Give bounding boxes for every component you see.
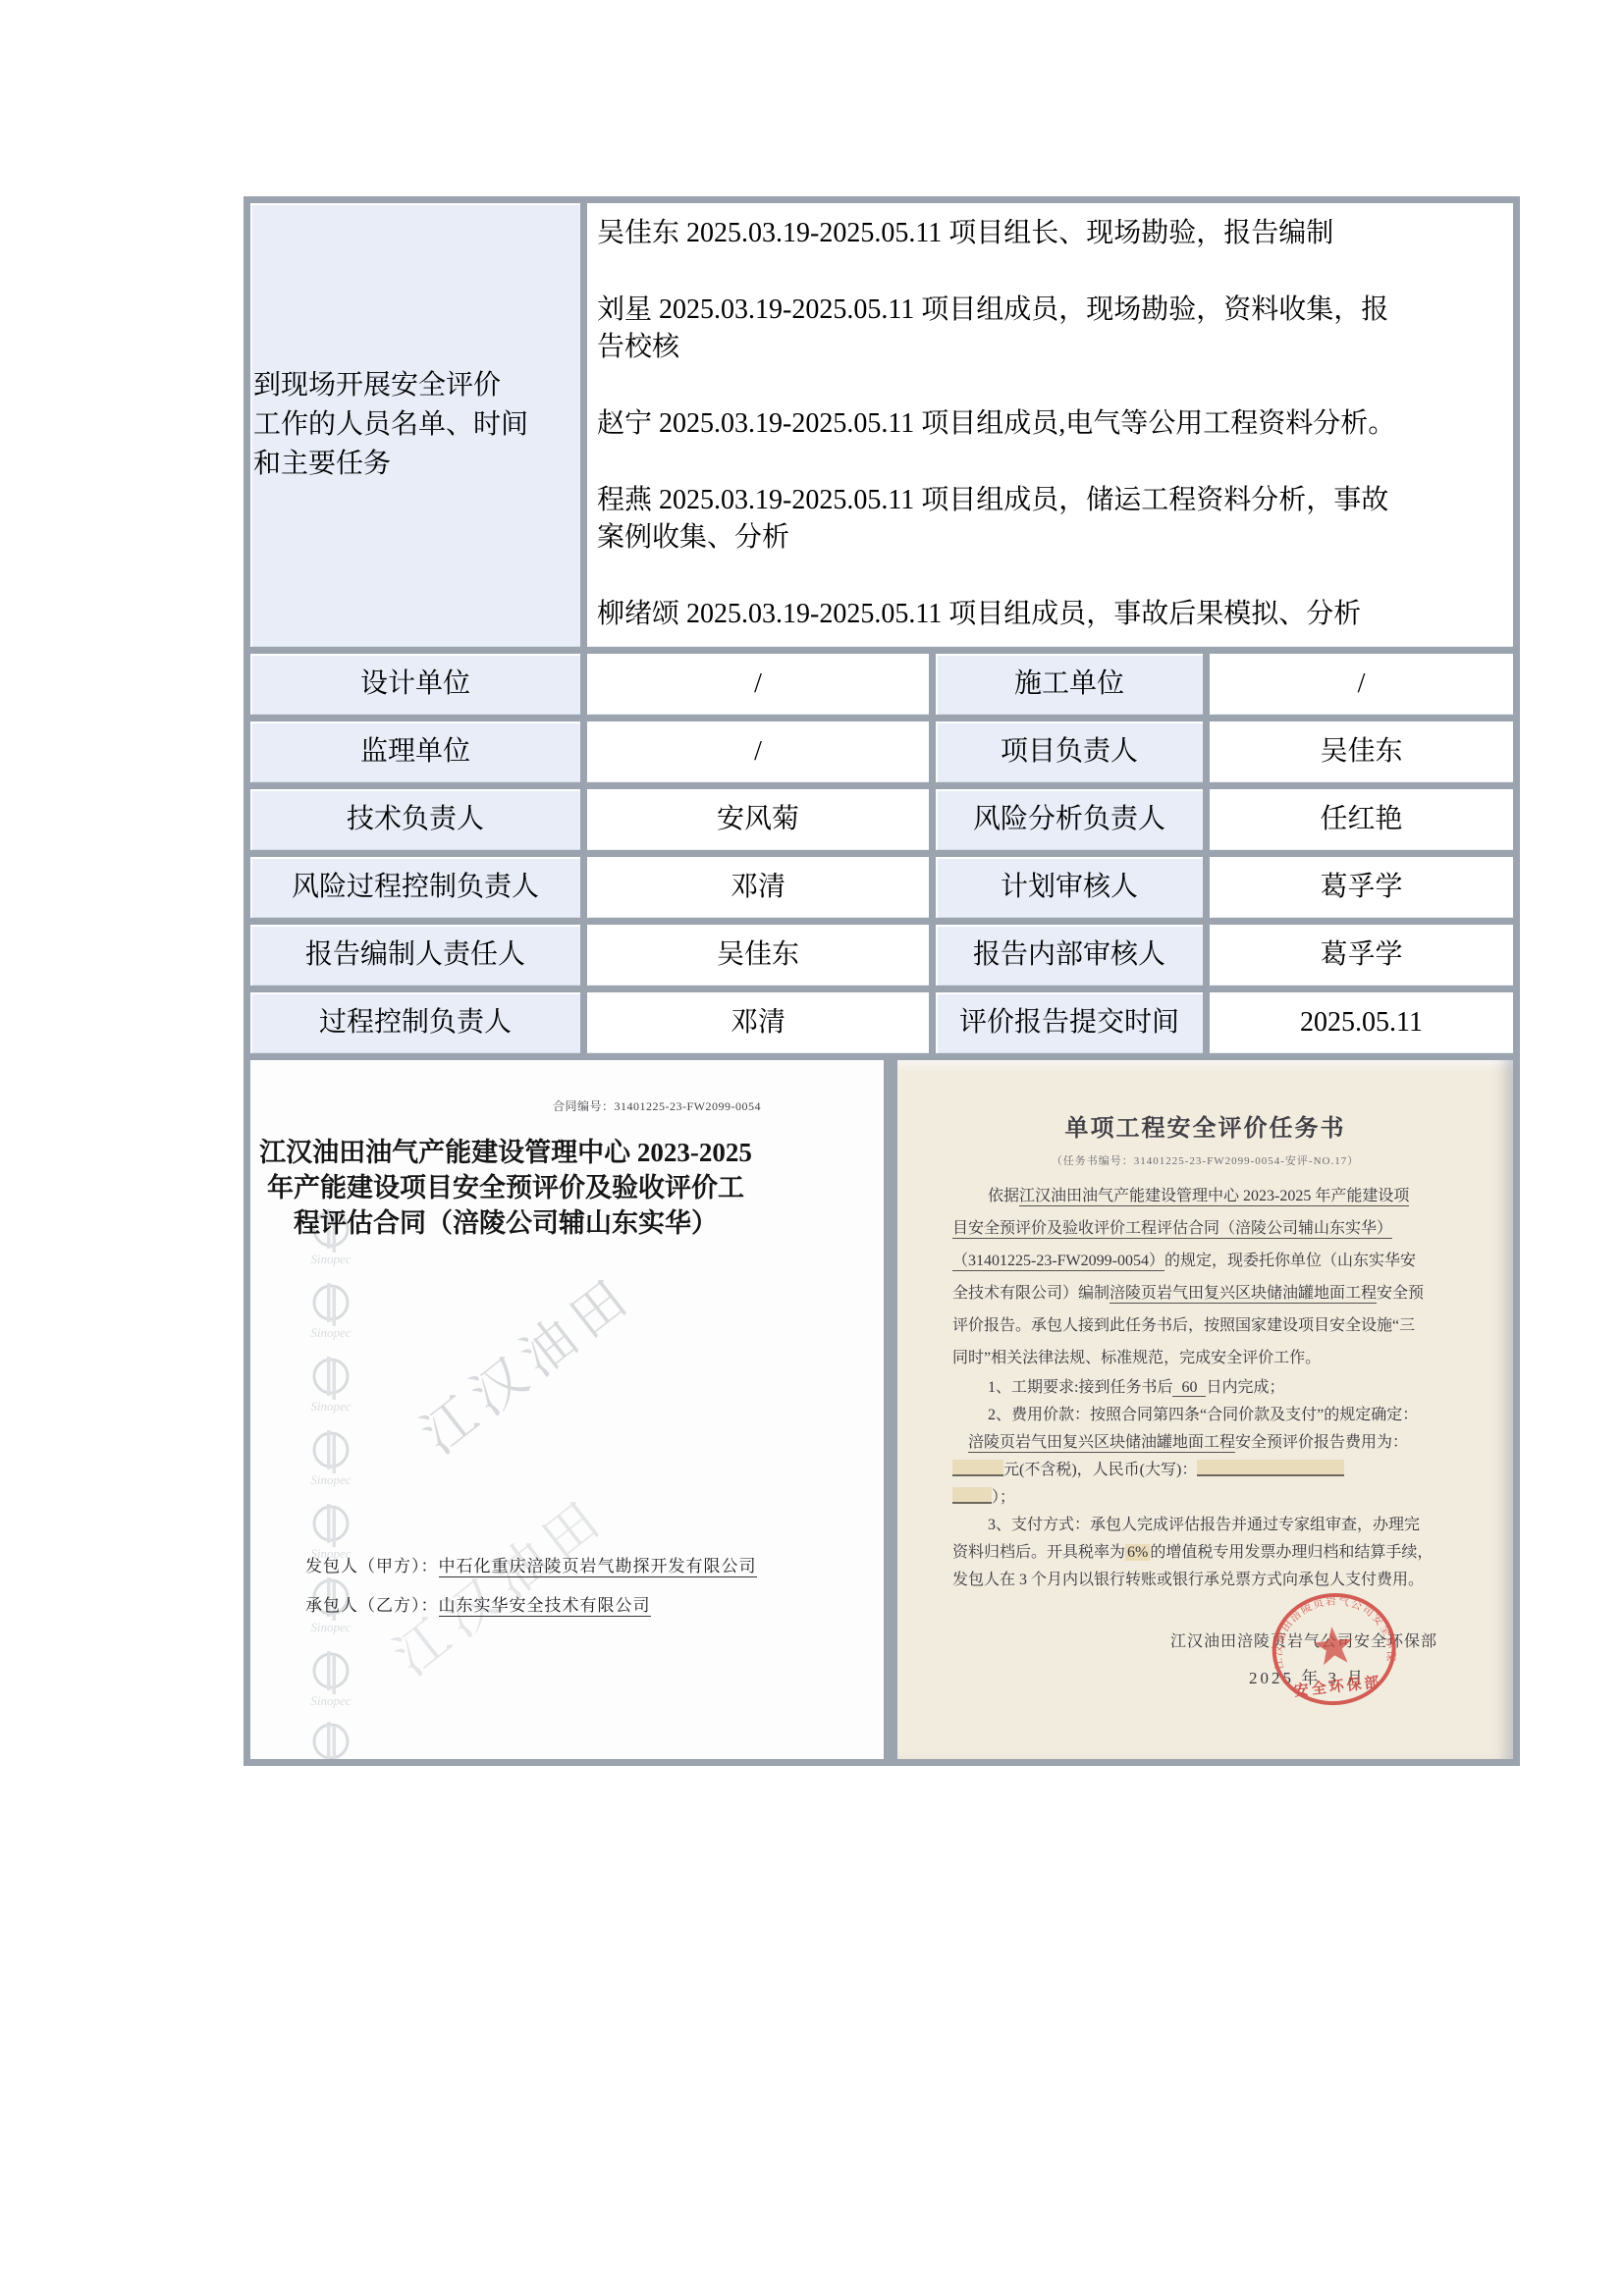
sinopec-logo-watermark: Sinopec xyxy=(301,1355,360,1415)
row-value: 任红艳 xyxy=(1210,789,1513,850)
task-item-price: 2、费用价款：按照合同第四条“合同价款及支付”的规定确定： xyxy=(952,1402,1458,1429)
row-value: 邓清 xyxy=(587,857,929,918)
row-value: / xyxy=(1210,654,1513,715)
personnel-header-cell: 到现场开展安全评价 工作的人员名单、时间 和主要任务 xyxy=(250,203,580,647)
task-fee-line: 涪陵页岩气田复兴区块储油罐地面工程安全预评价报告费用为： xyxy=(952,1429,1458,1457)
personnel-list-cell: 吴佳东 2025.03.19-2025.05.11 项目组长、现场勘验，报告编制… xyxy=(587,203,1513,647)
task-assignment-scan: 单项工程安全评价任务书 （任务书编号：31401225-23-FW2099-00… xyxy=(897,1060,1513,1759)
contract-title: 江汉油田油气产能建设管理中心 2023-2025 年产能建设项目安全预评价及验收… xyxy=(250,1135,761,1241)
task-item-duration: 1、工期要求:接到任务书后60日内完成； xyxy=(952,1374,1458,1402)
personnel-entry: 赵宁 2025.03.19-2025.05.11 项目组成员,电气等公用工程资料… xyxy=(597,405,1505,443)
task-paragraph-line: 目安全预评价及验收评价工程评估合同（涪陵公司辅山东实华） xyxy=(952,1212,1458,1245)
redaction-block xyxy=(952,1460,1003,1476)
row-value: / xyxy=(587,721,929,782)
row-value: 邓清 xyxy=(587,992,929,1053)
personnel-header-line: 工作的人员名单、时间 xyxy=(253,405,528,445)
row-value: 葛孚学 xyxy=(1210,857,1513,918)
row-value: 葛孚学 xyxy=(1210,925,1513,986)
task-paragraph-line: 依据江汉油田油气产能建设管理中心 2023-2025 年产能建设项 xyxy=(952,1180,1458,1212)
svg-text:Sinopec: Sinopec xyxy=(310,1325,351,1340)
svg-text:Sinopec: Sinopec xyxy=(310,1399,351,1414)
row-value: / xyxy=(587,654,929,715)
personnel-entry: 程燕 2025.03.19-2025.05.11 项目组成员，储运工程资料分析，… xyxy=(597,482,1505,557)
row-label: 计划审核人 xyxy=(936,857,1203,918)
sinopec-logo-watermark: Sinopec xyxy=(301,1428,360,1489)
row-label: 评价报告提交时间 xyxy=(936,992,1203,1053)
row-label: 监理单位 xyxy=(250,721,580,782)
task-body: 依据江汉油田油气产能建设管理中心 2023-2025 年产能建设项 目安全预评价… xyxy=(952,1180,1458,1594)
task-item-payment-line: 资料归档后。开具税率为6%的增值税专用发票办理归档和结算手续， xyxy=(952,1539,1458,1567)
redaction-block xyxy=(952,1487,992,1504)
contract-number: 合同编号：31401225-23-FW2099-0054 xyxy=(250,1099,815,1113)
sinopec-logo-watermark: Sinopec xyxy=(301,1649,360,1710)
tax-rate-highlight: 6% xyxy=(1125,1544,1150,1561)
row-label: 设计单位 xyxy=(250,654,580,715)
task-paragraph-line: （31401225-23-FW2099-0054）的规定，现委托你单位（山东实华… xyxy=(952,1245,1458,1277)
task-paragraph-line: 评价报告。承包人接到此任务书后，按照国家建设项目安全设施“三 xyxy=(952,1309,1458,1342)
task-paragraph-line: 全技术有限公司）编制涪陵页岩气田复兴区块储油罐地面工程安全预 xyxy=(952,1277,1458,1309)
personnel-entry: 吴佳东 2025.03.19-2025.05.11 项目组长、现场勘验，报告编制 xyxy=(597,215,1505,252)
personnel-entry: 刘星 2025.03.19-2025.05.11 项目组成员，现场勘验，资料收集… xyxy=(597,292,1505,366)
task-fee-amount-line: 元(不含税)，人民币(大写)： xyxy=(952,1457,1458,1484)
party-b-line: 承包人（乙方）：山东实华安全技术有限公司 xyxy=(305,1586,757,1626)
scan-divider xyxy=(884,1060,897,1759)
svg-text:Sinopec: Sinopec xyxy=(310,1693,351,1708)
row-value: 吴佳东 xyxy=(1210,721,1513,782)
svg-text:Sinopec: Sinopec xyxy=(310,1472,351,1487)
project-info-table: 到现场开展安全评价 工作的人员名单、时间 和主要任务 吴佳东 2025.03.1… xyxy=(244,196,1520,1766)
personnel-header-line: 到现场开展安全评价 xyxy=(253,366,528,405)
redaction-block xyxy=(1197,1460,1344,1476)
task-fee-close-line: ）； xyxy=(952,1484,1458,1512)
row-value: 2025.05.11 xyxy=(1210,992,1513,1053)
row-label: 过程控制负责人 xyxy=(250,992,580,1053)
sinopec-logo-watermark: Sinopec xyxy=(301,1720,360,1759)
task-doc-number: （任务书编号：31401225-23-FW2099-0054-安评-NO.17） xyxy=(897,1155,1513,1168)
task-title: 单项工程安全评价任务书 xyxy=(897,1115,1513,1144)
task-paragraph-line: 同时”相关法律法规、标准规范，完成安全评价工作。 xyxy=(952,1342,1458,1374)
scanned-documents-row: 江汉油田 江汉油田 Sinopec Sinopec Sinopec Sinope… xyxy=(250,1060,1513,1759)
red-seal-stamp-icon: 江汉油田涪陵页岩气公司安全环保部 安全环保部 xyxy=(1263,1583,1406,1720)
diagonal-watermark: 江汉油田 xyxy=(409,1262,647,1468)
contract-cover-scan: 江汉油田 江汉油田 Sinopec Sinopec Sinopec Sinope… xyxy=(250,1060,884,1759)
row-label: 项目负责人 xyxy=(936,721,1203,782)
sinopec-logo-watermark: Sinopec xyxy=(301,1281,360,1342)
row-label: 风险过程控制负责人 xyxy=(250,857,580,918)
row-label: 技术负责人 xyxy=(250,789,580,850)
row-label: 报告内部审核人 xyxy=(936,925,1203,986)
personnel-header-line: 和主要任务 xyxy=(253,445,528,484)
row-value: 吴佳东 xyxy=(587,925,929,986)
svg-text:安全环保部: 安全环保部 xyxy=(1293,1673,1382,1699)
contract-parties: 发包人（甲方）：中石化重庆涪陵页岩气勘探开发有限公司 承包人（乙方）：山东实华安… xyxy=(305,1547,757,1626)
row-value: 安风菊 xyxy=(587,789,929,850)
row-label: 报告编制人责任人 xyxy=(250,925,580,986)
task-item-payment: 3、支付方式：承包人完成评估报告并通过专家组审查，办理完 xyxy=(952,1512,1458,1539)
party-a-line: 发包人（甲方）：中石化重庆涪陵页岩气勘探开发有限公司 xyxy=(305,1547,757,1586)
row-label: 风险分析负责人 xyxy=(936,789,1203,850)
personnel-entry: 柳绪颂 2025.03.19-2025.05.11 项目组成员，事故后果模拟、分… xyxy=(597,596,1505,633)
document-page: 到现场开展安全评价 工作的人员名单、时间 和主要任务 吴佳东 2025.03.1… xyxy=(0,0,1624,2296)
svg-text:Sinopec: Sinopec xyxy=(310,1252,351,1266)
row-label: 施工单位 xyxy=(936,654,1203,715)
